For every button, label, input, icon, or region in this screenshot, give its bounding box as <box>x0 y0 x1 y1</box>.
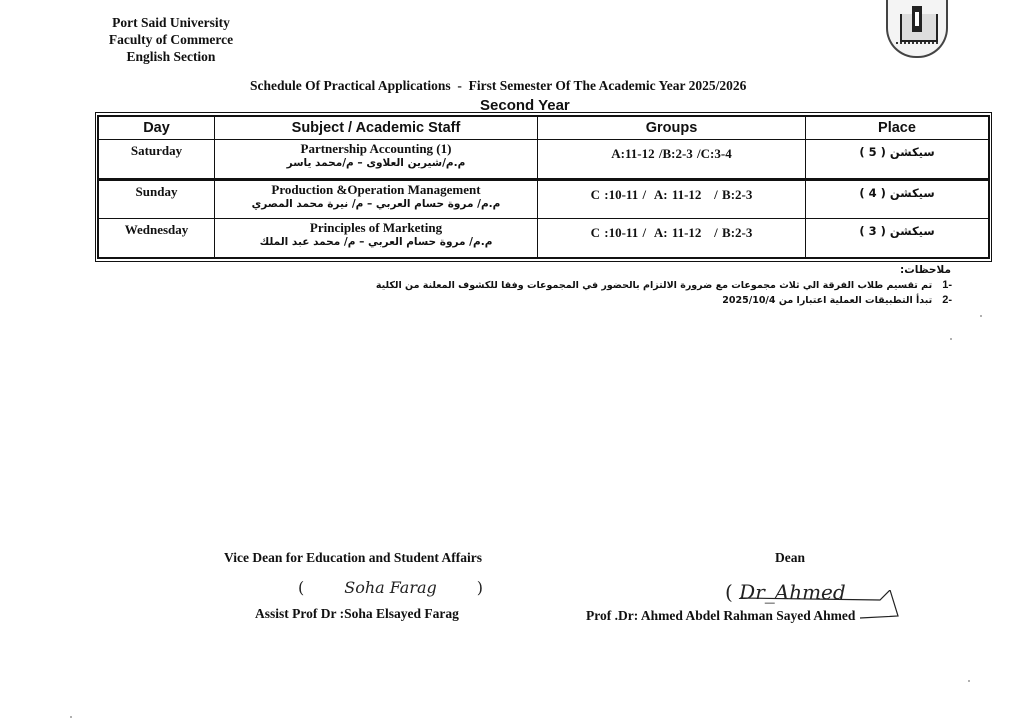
cell-place: سيكشن ( 5 ) <box>806 140 989 180</box>
note-text: تم تقسيم طلاب الفرقة الي ثلاث مجموعات مع… <box>376 280 932 291</box>
column-header-subject: Subject / Academic Staff <box>215 117 538 140</box>
cell-subject: Principles of Marketingم.م/ مروة حسام ال… <box>215 219 538 258</box>
notes-list: -1تم تقسيم طلاب الفرقة الي ثلاث مجموعات … <box>376 278 952 308</box>
crest-ring <box>896 42 938 50</box>
institution-header: Port Said University Faculty of Commerce… <box>96 14 246 65</box>
cell-groups: A:11-12 /B:2-3 /C:3-4 <box>538 140 806 180</box>
academic-staff: م.م/شيرين العلاوى – م/محمد ياسر <box>215 156 537 170</box>
subject-name: Production &Operation Management <box>215 183 537 197</box>
cell-groups: C :10-11 / A: 11-12 / B:2-3 <box>538 219 806 258</box>
section-name: English Section <box>96 48 246 65</box>
note-number: -2 <box>942 293 952 307</box>
cell-day: Sunday <box>99 179 215 219</box>
groups-text: C :10-11 / A: 11-12 / B:2-3 <box>591 225 753 240</box>
table-row: SaturdayPartnership Accounting (1)م.م/شي… <box>99 140 989 180</box>
dean-name: Prof .Dr: Ahmed Abdel Rahman Sayed Ahmed <box>586 608 855 624</box>
university-name: Port Said University <box>96 14 246 31</box>
cell-subject: Production &Operation Managementم.م/ مرو… <box>215 179 538 219</box>
notes-title: ملاحظات: <box>900 264 951 276</box>
note-item: -1تم تقسيم طلاب الفرقة الي ثلاث مجموعات … <box>376 278 952 293</box>
table-row: SundayProduction &Operation Managementم.… <box>99 179 989 219</box>
academic-staff: م.م/ مروة حسام العربي – م/ نيرة محمد الم… <box>215 197 537 211</box>
cell-groups: C :10-11 / A: 11-12 / B:2-3 <box>538 179 806 219</box>
schedule-table: Day Subject / Academic Staff Groups Plac… <box>95 112 992 262</box>
cell-subject: Partnership Accounting (1)م.م/شيرين العل… <box>215 140 538 180</box>
dean-role: Dean <box>775 550 805 566</box>
groups-text: C :10-11 / A: 11-12 / B:2-3 <box>591 187 753 202</box>
vice-dean-role: Vice Dean for Education and Student Affa… <box>224 550 482 566</box>
academic-staff: م.م/ مروة حسام العربي – م/ محمد عبد المل… <box>215 235 537 249</box>
vice-dean-signature-text: Soha Farag <box>344 578 437 597</box>
vice-dean-name: Assist Prof Dr :Soha Elsayed Farag <box>255 606 459 622</box>
cell-day: Saturday <box>99 140 215 180</box>
note-text: تبدأ التطبيقات العملية اعتبارا من 2025/1… <box>722 295 932 306</box>
cell-place: سيكشن ( 4 ) <box>806 179 989 219</box>
groups-text: A:11-12 /B:2-3 /C:3-4 <box>611 146 731 161</box>
note-number: -1 <box>942 278 952 292</box>
subject-name: Partnership Accounting (1) <box>215 142 537 156</box>
document-title: Schedule Of Practical Applications - Fir… <box>250 78 830 94</box>
table-row: WednesdayPrinciples of Marketingم.م/ مرو… <box>99 219 989 258</box>
university-crest-icon <box>886 0 948 58</box>
faculty-name: Faculty of Commerce <box>96 31 246 48</box>
cell-place: سيكشن ( 3 ) <box>806 219 989 258</box>
table-header-row: Day Subject / Academic Staff Groups Plac… <box>99 117 989 140</box>
note-item: -2تبدأ التطبيقات العملية اعتبارا من 2025… <box>376 293 952 308</box>
column-header-place: Place <box>806 117 989 140</box>
vice-dean-signature: (Soha Farag) <box>298 578 483 597</box>
cell-day: Wednesday <box>99 219 215 258</box>
column-header-day: Day <box>99 117 215 140</box>
column-header-groups: Groups <box>538 117 806 140</box>
lighthouse-icon <box>912 6 922 32</box>
subject-name: Principles of Marketing <box>215 221 537 235</box>
